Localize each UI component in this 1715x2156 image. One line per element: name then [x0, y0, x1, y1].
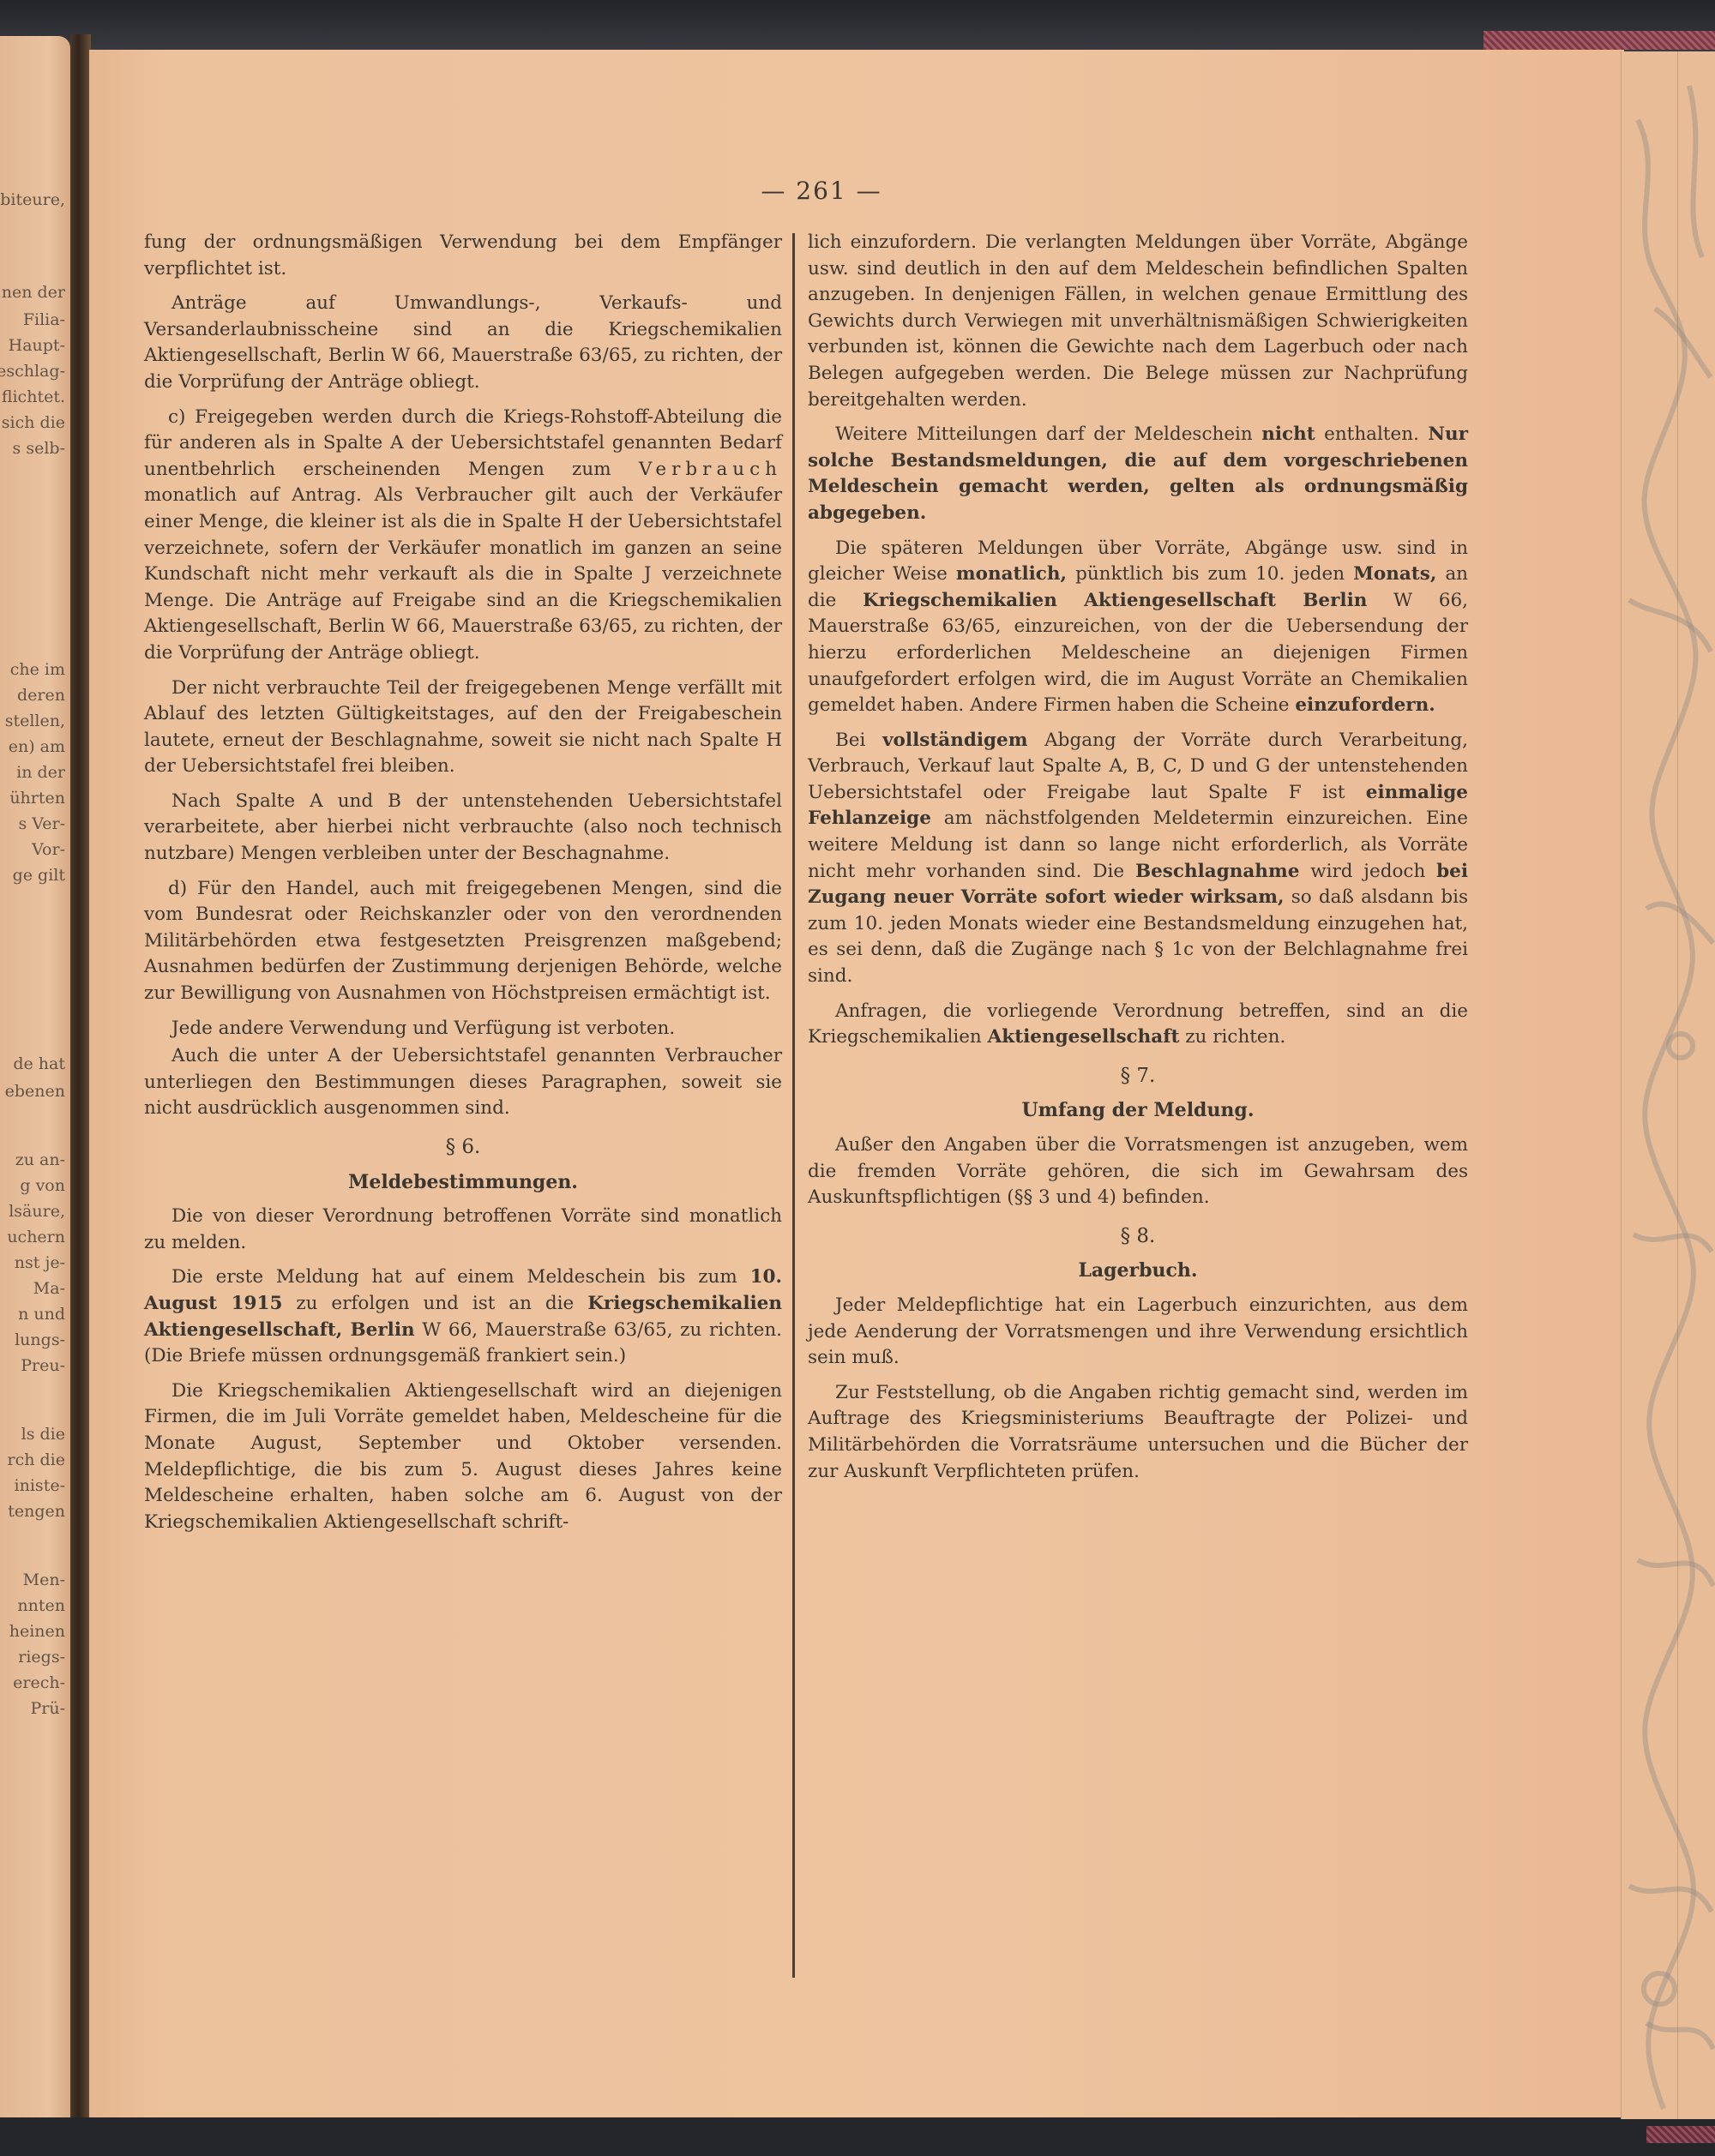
- facing-page-text-fragment: nnten: [17, 1596, 65, 1615]
- facing-page-fragment: biteure,nen derFilia-Haupt-eschlag-flich…: [0, 36, 70, 2117]
- paragraph: Anträge auf Umwandlungs-, Verkaufs- und …: [144, 291, 782, 395]
- facing-page-text-fragment: riegs-: [18, 1648, 65, 1667]
- item-label: d): [168, 878, 187, 899]
- spaced-emphasis: Verbrauch: [639, 459, 782, 480]
- facing-page-text-fragment: iniste-: [15, 1476, 65, 1495]
- paragraph: Die späteren Meldungen über Vorräte, Abg…: [808, 536, 1468, 719]
- item-label: c): [168, 406, 185, 428]
- facing-page-text-fragment: zu an-: [15, 1150, 65, 1169]
- section-number: § 7.: [808, 1063, 1468, 1090]
- facing-page-text-fragment: Haupt-: [9, 336, 65, 355]
- book-cover-bottom: [0, 2117, 1715, 2156]
- marbled-page-edge: [1621, 51, 1715, 2119]
- cover-cloth-strip-bottom: [1646, 2126, 1715, 2143]
- facing-page-text-fragment: Preu-: [21, 1356, 65, 1375]
- marble-pattern-icon: [1621, 51, 1715, 2119]
- column-divider: [792, 233, 795, 1978]
- facing-page-text-fragment: Men-: [23, 1570, 65, 1589]
- paragraph: fung der ordnungsmäßigen Verwendung bei …: [144, 230, 782, 282]
- facing-page-text-fragment: de hat: [13, 1054, 65, 1073]
- paragraph: Bei vollständigem Abgang der Vorräte dur…: [808, 728, 1468, 990]
- section-title: Lagerbuch.: [808, 1258, 1468, 1284]
- facing-page-text-fragment: biteure,: [0, 190, 65, 209]
- facing-page-text-fragment: tengen: [8, 1502, 65, 1521]
- paragraph-item-d: d) Für den Handel, auch mit freigegebene…: [144, 876, 782, 1007]
- facing-page-text-fragment: rch die: [8, 1450, 65, 1469]
- section-number: § 6.: [144, 1134, 782, 1161]
- facing-page-text-fragment: erech-: [13, 1673, 65, 1692]
- paragraph: Die von dieser Verordnung betroffenen Vo…: [144, 1204, 782, 1256]
- facing-page-text-fragment: g von: [20, 1176, 65, 1195]
- facing-page-text-fragment: heinen: [9, 1622, 65, 1641]
- facing-page-text-fragment: s selb-: [13, 439, 65, 458]
- paragraph: Die Kriegschemikalien Aktiengesellschaft…: [144, 1378, 782, 1536]
- facing-page-text-fragment: nen der: [2, 283, 65, 302]
- facing-page-text-fragment: lsäure,: [9, 1202, 65, 1221]
- paragraph: Jeder Meldepflichtige hat ein Lagerbuch …: [808, 1293, 1468, 1372]
- facing-page-text-fragment: s Ver-: [18, 814, 65, 833]
- section-title: Meldebestimmungen.: [144, 1169, 782, 1196]
- paragraph: Zur Feststellung, ob die Angaben richtig…: [808, 1380, 1468, 1485]
- section-title: Umfang der Meldung.: [808, 1097, 1468, 1124]
- paragraph: lich einzufordern. Die verlangten Meldun…: [808, 230, 1468, 413]
- paragraph: Jede andere Verwendung und Verfügung ist…: [144, 1016, 782, 1042]
- facing-page-text-fragment: sich die: [2, 413, 65, 432]
- facing-page-text-fragment: Prü-: [30, 1699, 65, 1718]
- book-cover-top: [0, 0, 1715, 53]
- facing-page-text-fragment: ls die: [21, 1425, 65, 1444]
- paragraph: Nach Spalte A und B der untenstehenden U…: [144, 789, 782, 868]
- paragraph: Die erste Meldung hat auf einem Meldesch…: [144, 1264, 782, 1369]
- facing-page-text-fragment: ge gilt: [13, 866, 65, 885]
- facing-page-text-fragment: stellen,: [5, 712, 65, 730]
- right-column: lich einzufordern. Die verlangten Meldun…: [808, 230, 1468, 1493]
- paragraph: Außer den Angaben über die Vorratsmengen…: [808, 1132, 1468, 1211]
- facing-page-text-fragment: Filia-: [23, 310, 65, 329]
- paragraph: Auch die unter A der Uebersichtstafel ge…: [144, 1043, 782, 1122]
- facing-page-text-fragment: en) am: [9, 737, 65, 756]
- paragraph-item-c: c) Freigegeben werden durch die Kriegs-R…: [144, 405, 782, 667]
- section-number: § 8.: [808, 1223, 1468, 1250]
- facing-page-text-fragment: deren: [17, 686, 65, 705]
- facing-page-text-fragment: Ma-: [33, 1279, 65, 1298]
- facing-page-text-fragment: in der: [16, 763, 65, 782]
- paragraph: Der nicht verbrauchte Teil der freigegeb…: [144, 676, 782, 780]
- facing-page-text-fragment: nst je-: [15, 1253, 65, 1272]
- paragraph: Anfragen, die vorliegende Verordnung bet…: [808, 999, 1468, 1051]
- facing-page-text-fragment: ührten: [9, 789, 65, 808]
- facing-page-text-fragment: flichtet.: [2, 387, 65, 406]
- facing-page-text-fragment: ebenen: [5, 1082, 65, 1101]
- page-edge-line: [1621, 51, 1622, 2119]
- page-number: — 261 —: [736, 177, 907, 205]
- facing-page-text-fragment: eschlag-: [0, 362, 65, 381]
- facing-page-text-fragment: lungs-: [15, 1330, 65, 1349]
- facing-page-text-fragment: n und: [18, 1305, 65, 1324]
- facing-page-text-fragment: uchern: [7, 1228, 65, 1246]
- paragraph: Weitere Mitteilungen darf der Meldeschei…: [808, 422, 1468, 526]
- page-edge-line: [1677, 51, 1678, 2119]
- left-column: fung der ordnungsmäßigen Verwendung bei …: [144, 230, 782, 1544]
- book-gutter: [70, 34, 91, 2117]
- facing-page-text-fragment: che im: [10, 660, 65, 679]
- facing-page-text-fragment: Vor-: [32, 840, 65, 859]
- cover-cloth-strip: [1483, 31, 1715, 50]
